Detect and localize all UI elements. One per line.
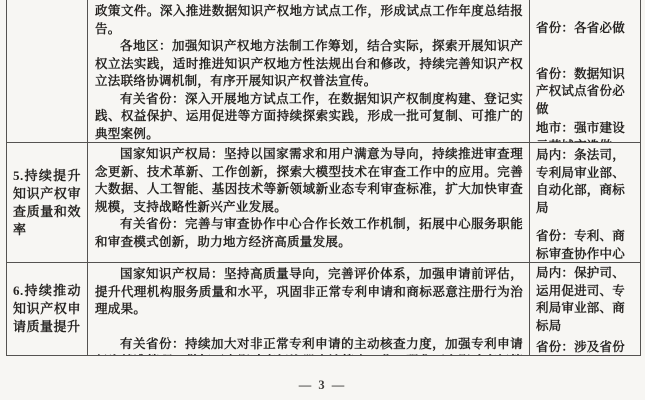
assignment-entry: 省份：各省必做 [536,20,637,38]
task-paragraph: 各地区：加强知识产权地方法制工作筹划，结合实际，探索开展知识产权立法实践，适时推… [95,38,523,91]
task-paragraph: 有关省份：持续加大对非正常专利申请的主动核查力度，加强专利申请行为精准管理。做好… [95,336,523,357]
document-page: 政策文件。深入推进数据知识产权地方试点工作，形成试点工作年度总结报告。 各地区：… [0,0,645,400]
assignment-entry: 省份：专利、商标审查协作中心涉及省份必做 [536,228,637,263]
assignment-cell-row3: 局内：保护司、运用促进司、专利局审业部、商标局 省份：涉及省份必做 [530,263,641,356]
assignment-entry: 地市：强市建设示范城市选做 [536,120,637,143]
page-number: — 3 — [0,378,645,393]
assignment-cell-row1: 省份：各省必做 省份：数据知识产权试点省份必做 地市：强市建设示范城市选做 [530,0,641,143]
task-detail-cell-row3: 国家知识产权局：坚持高质量导向，完善评价体系，加强申请前评估，提升代理机构服务质… [88,263,530,356]
task-paragraph: 政策文件。深入推进数据知识产权地方试点工作，形成试点工作年度总结报告。 [95,3,523,38]
task-paragraph: 有关省份：完善与审查协作中心合作长效工作机制，拓展中心服务职能和审查模式创新，助… [95,216,523,251]
task-label-cell-row2: 5.持续提升知识产权审查质量和效率 [6,143,88,263]
assignment-entry: 局内：保护司、运用促进司、专利局审业部、商标局 [536,265,637,335]
task-paragraph: 国家知识产权局：坚持以国家需求和用户满意为导向，持续推进审查理念更新、技术革新、… [95,146,523,216]
task-detail-cell-row2: 国家知识产权局：坚持以国家需求和用户满意为导向，持续推进审查理念更新、技术革新、… [88,143,530,263]
task-paragraph: 国家知识产权局：坚持高质量导向，完善评价体系，加强申请前评估，提升代理机构服务质… [95,266,523,319]
task-label: 6.持续推动知识产权申请质量提升 [13,282,81,336]
task-assignment-table: 政策文件。深入推进数据知识产权地方试点工作，形成试点工作年度总结报告。 各地区：… [6,0,641,356]
assignment-entry: 省份：数据知识产权试点省份必做 [536,66,637,119]
assignment-cell-row2: 局内：条法司，专利局审业部、自动化部，商标局 省份：专利、商标审查协作中心涉及省… [530,143,641,263]
task-label-cell-row3: 6.持续推动知识产权申请质量提升 [6,263,88,356]
task-label: 5.持续提升知识产权审查质量和效率 [13,167,81,239]
task-detail-cell-row1: 政策文件。深入推进数据知识产权地方试点工作，形成试点工作年度总结报告。 各地区：… [88,0,530,143]
task-paragraph: 有关省份：深入开展地方试点工作，在数据知识产权制度构建、登记实践、权益保护、运用… [95,91,523,144]
assignment-entry: 局内：条法司，专利局审业部、自动化部，商标局 [536,147,637,217]
assignment-entry: 省份：涉及省份必做 [536,339,637,356]
task-label-cell-row1 [6,0,88,143]
